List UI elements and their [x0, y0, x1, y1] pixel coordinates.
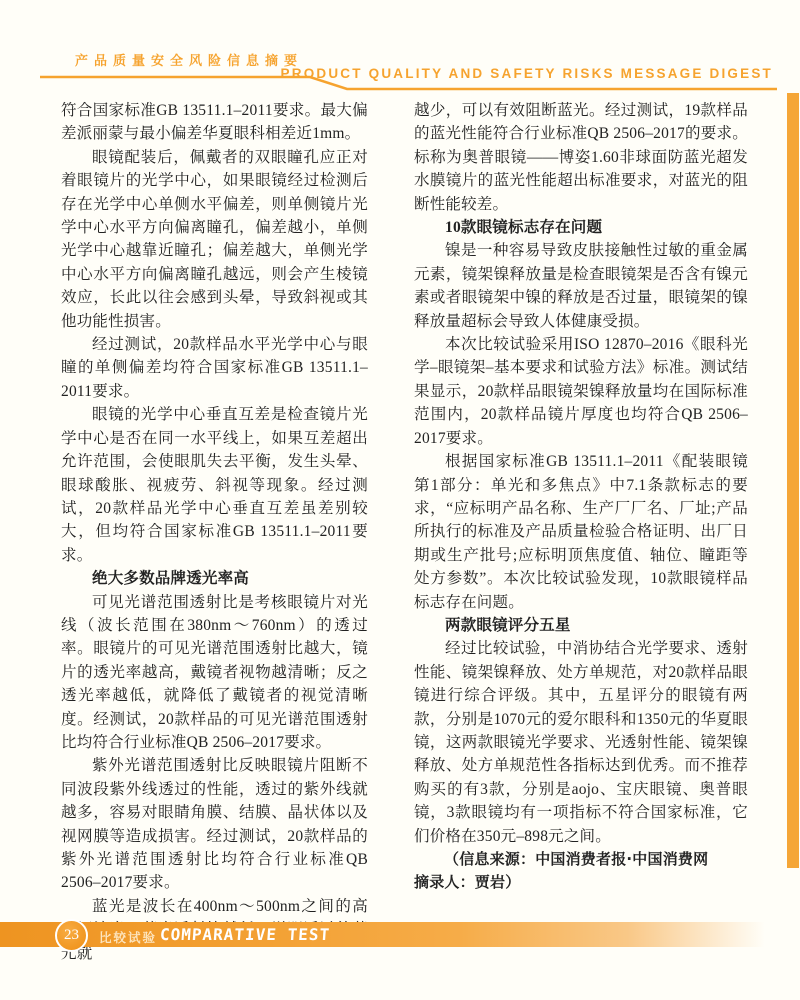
body-paragraph: 越少，可以有效阻断蓝光。经过测试，19款样品的蓝光性能符合行业标准QB 2506…: [414, 99, 748, 216]
right-edge-strip: [787, 93, 799, 868]
body-paragraph: 眼镜的光学中心垂直互差是检查镜片光学中心是否在同一水平线上，如果互差超出允许范围…: [61, 403, 368, 567]
page-number: 23: [64, 927, 79, 944]
footer-section-label-cn: 比较试验: [99, 928, 157, 946]
header-english-title: PRODUCT QUALITY AND SAFETY RISKS MESSAGE…: [281, 66, 773, 81]
body-paragraph: 紫外光谱范围透射比反映眼镜片阻断不同波段紫外线透过的性能，透过的紫外线就越多，容…: [61, 754, 368, 894]
header-chinese-title: 产品质量安全风险信息摘要: [75, 50, 303, 69]
page-number-badge: 23: [55, 919, 88, 952]
body-paragraph: 眼镜配装后，佩戴者的双眼瞳孔应正对着眼镜片的光学中心，如果眼镜经过检测后存在光学…: [61, 146, 368, 333]
body-paragraph: 符合国家标准GB 13511.1–2011要求。最大偏差派丽蒙与最小偏差华夏眼科…: [61, 99, 368, 146]
subheading: 绝大多数品牌透光率高: [61, 567, 368, 590]
credit-line: （信息来源：中国消费者报·中国消费网: [414, 848, 748, 871]
credit-line: 摘录人：贾岩）: [414, 871, 748, 894]
body-paragraph: 本次比较试验采用ISO 12870–2016《眼科光学–眼镜架–基本要求和试验方…: [414, 333, 748, 450]
subheading: 两款眼镜评分五星: [414, 614, 748, 637]
magazine-page: 产品质量安全风险信息摘要 PRODUCT QUALITY AND SAFETY …: [0, 0, 800, 1000]
footer-section-label-en: COMPARATIVE TEST: [159, 925, 330, 944]
text-column-left: 符合国家标准GB 13511.1–2011要求。最大偏差派丽蒙与最小偏差华夏眼科…: [61, 99, 368, 965]
body-paragraph: 镍是一种容易导致皮肤接触性过敏的重金属元素，镜架镍释放量是检查眼镜架是否含有镍元…: [414, 239, 748, 333]
body-paragraph: 经过测试，20款样品水平光学中心与眼瞳的单侧偏差均符合国家标准GB 13511.…: [61, 333, 368, 403]
body-paragraph: 根据国家标准GB 13511.1–2011《配装眼镜第1部分：单光和多焦点》中7…: [414, 450, 748, 614]
body-paragraph: 可见光谱范围透射比是考核眼镜片对光线（波长范围在380nm～760nm）的透过率…: [61, 591, 368, 755]
subheading: 10款眼镜标志存在问题: [414, 216, 748, 239]
body-paragraph: 经过比较试验，中消协结合光学要求、透射性能、镜架镍释放、处方单规范，对20款样品…: [414, 637, 748, 848]
text-column-right: 越少，可以有效阻断蓝光。经过测试，19款样品的蓝光性能符合行业标准QB 2506…: [414, 99, 748, 895]
